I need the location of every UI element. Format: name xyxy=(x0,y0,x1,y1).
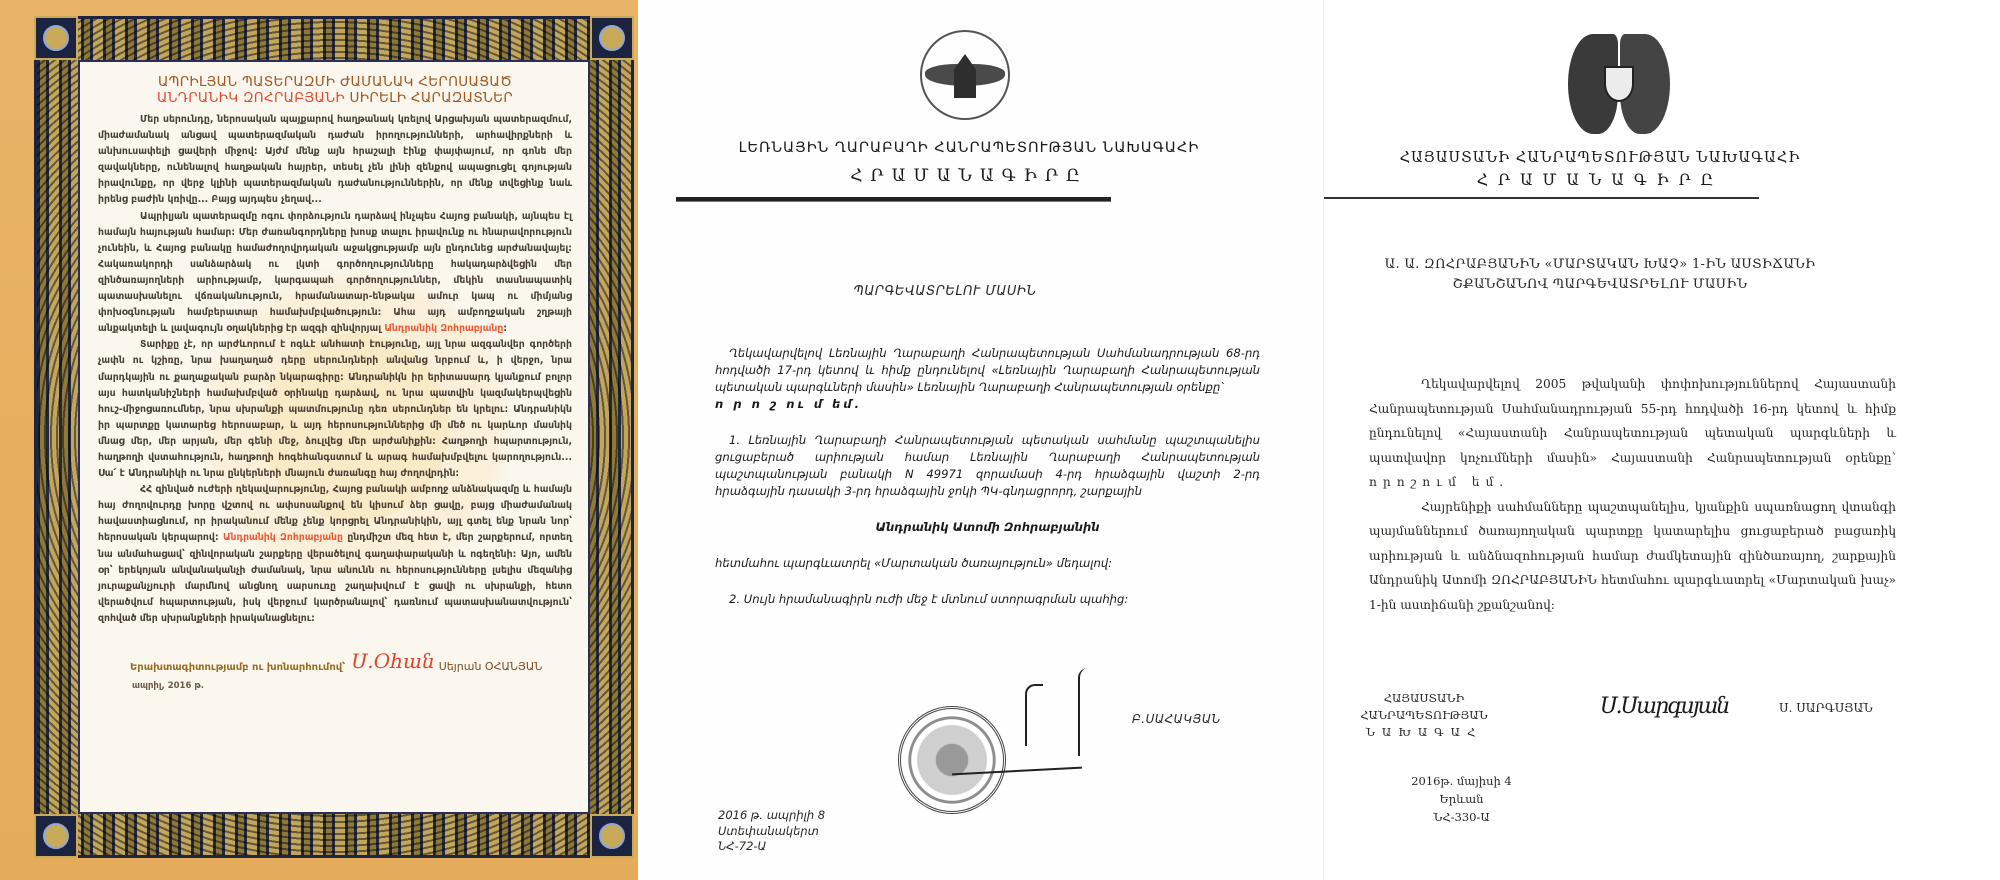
decree-header: ՀԱՅԱՍՏԱՆԻ ՀԱՆՐԱՊԵՏՈՒԹՅԱՆ ՆԱԽԱԳԱՀԻ xyxy=(1262,150,1938,166)
corner-emblem-icon xyxy=(34,16,78,60)
paragraph-1: Մեր սերունդը, ներոսական պայքարով հաղթանա… xyxy=(98,112,572,209)
corner-emblem-icon xyxy=(590,16,634,60)
header-divider xyxy=(676,197,1111,202)
decree-subject: ՊԱՐԳԵՎԱՏՐԵԼՈՒ ՄԱՍԻՆ xyxy=(640,284,1250,299)
decision-phrase: որոշում եմ. xyxy=(1369,475,1509,489)
preamble: Ղեկավարվելով 2005 թվականի փոփոխություննե… xyxy=(1369,372,1896,495)
letter-title-line2: ԱՆԴՐԱՆԻԿ ԶՈՀՐԱԲՅԱՆԻ ՍԻՐԵԼԻ ՀԱՐԱԶԱՏՆԵՐ xyxy=(98,90,572,106)
letter-title-line1: ԱՊՐԻԼՅԱՆ ՊԱՏԵՐԱԶՄԻ ԺԱՄԱՆԱԿ ՀԵՐՈՍԱՑԱԾ xyxy=(98,74,572,90)
subject-line-1: Ա. Ա. ԶՈՀՐԱԲՅԱՆԻՆ «ՄԱՐՏԱԿԱՆ ԽԱՉ» 1-ԻՆ ԱՍ… xyxy=(1324,255,1876,275)
decree-number: ՆՀ-72-Ա xyxy=(718,839,825,855)
signer-name: Բ.ՍԱՀԱԿՅԱՆ xyxy=(1132,712,1221,726)
decree-body: Ղեկավարվելով Լեռնային Ղարաբաղի Հանրապետո… xyxy=(715,345,1260,608)
signature-stroke xyxy=(1025,684,1043,746)
paragraph-4: ՀՀ զինված ուժերի ղեկավարությունը, Հայոց … xyxy=(98,482,572,627)
hero-name-highlight: Անդրանիկ Զոհրաբյանը xyxy=(384,323,503,334)
preamble: Ղեկավարվելով Լեռնային Ղարաբաղի Հանրապետո… xyxy=(715,345,1260,396)
signer-name: Սեյրան ՕՀԱՆՅԱՆ xyxy=(439,660,543,673)
decree-number: ՆՀ-330-Ա xyxy=(1324,808,1599,826)
hero-name: ԱՆԴՐԱՆԻԿ ԶՈՀՐԱԲՅԱՆԻ xyxy=(157,90,345,106)
signature: Ս.Սարգսյան xyxy=(1600,694,1728,719)
decree-date: 2016 թ. ապրիլի 8 xyxy=(718,808,825,824)
nkr-presidential-decree: ԼԵՌՆԱՅԻՆ ՂԱՐԱԲԱՂԻ ՀԱՆՐԱՊԵՏՈՒԹՅԱՆ ՆԱԽԱԳԱՀ… xyxy=(640,0,1322,880)
certificate-letter: ԱՊՐԻԼՅԱՆ ՊԱՏԵՐԱԶՄԻ ԺԱՄԱՆԱԿ ՀԵՐՈՍԱՑԱԾ ԱՆԴ… xyxy=(0,0,638,880)
signature: Ս.Օհան xyxy=(351,649,434,673)
decree-place: Ստեփանակերտ xyxy=(718,824,825,840)
decree-title: ՀՐԱՄԱՆԱԳԻՐԸ xyxy=(1262,171,1938,189)
item-1: 1. Լեռնային Ղարաբաղի Հանրապետության պետա… xyxy=(715,432,1260,500)
decision-phrase: ո ր ո շ ու մ եմ. xyxy=(715,396,1260,413)
closing-phrase: Երախտագիտությամբ ու խոնարհումով՝ xyxy=(130,662,345,673)
paragraph-2-text: Ապրիլյան պատերազմը ոգու փորձություն դարձ… xyxy=(98,211,572,335)
decree-date: 2016թ. մայիսի 4 xyxy=(1324,772,1599,790)
nkr-coat-of-arms-icon xyxy=(920,30,1010,120)
subject-line-2: ՇՔԱՆՇԱՆՈՎ ՊԱՐԳԵՎԱՏՐԵԼՈՒ ՄԱՍԻՆ xyxy=(1324,275,1876,295)
award-line: հետմահու պարգևատրել «Մարտական ծառայությո… xyxy=(715,555,1260,572)
decree-subject: Ա. Ա. ԶՈՀՐԱԲՅԱՆԻՆ «ՄԱՐՏԱԿԱՆ ԽԱՉ» 1-ԻՆ ԱՍ… xyxy=(1324,255,1876,295)
awardee-name: Անդրանիկ Ատոմի Զոհրաբյանին xyxy=(715,519,1260,536)
official-seal-icon xyxy=(898,706,1006,814)
decree-footer: 2016թ. մայիսի 4 Երևան ՆՀ-330-Ա xyxy=(1324,772,1599,826)
title-rest: ՍԻՐԵԼԻ ՀԱՐԱԶԱՏՆԵՐ xyxy=(345,90,513,106)
paragraph-2-end: : xyxy=(503,323,507,334)
preamble-text: Ղեկավարվելով 2005 թվականի փոփոխություննե… xyxy=(1369,377,1896,465)
hero-name-highlight: Անդրանիկ Զոհրաբյանը xyxy=(223,532,343,543)
signature-stroke xyxy=(1078,668,1090,756)
header-divider xyxy=(1324,197,1759,199)
award-paragraph: Հայրենիքի սահմանները պաշտպանելիս, կյանքի… xyxy=(1369,495,1896,618)
armenia-presidential-decree: ՀԱՅԱՍՏԱՆԻ ՀԱՆՐԱՊԵՏՈՒԹՅԱՆ ՆԱԽԱԳԱՀԻ ՀՐԱՄԱՆ… xyxy=(1323,0,2000,880)
paragraph-2: Ապրիլյան պատերազմը ոգու փորձություն դարձ… xyxy=(98,209,572,338)
decree-header: ԼԵՌՆԱՅԻՆ ՂԱՐԱԲԱՂԻ ՀԱՆՐԱՊԵՏՈՒԹՅԱՆ ՆԱԽԱԳԱՀ… xyxy=(628,140,1310,156)
decree-footer: 2016 թ. ապրիլի 8 Ստեփանակերտ ՆՀ-72-Ա xyxy=(718,808,825,855)
armenia-coat-of-arms-icon xyxy=(1564,30,1674,140)
paragraph-3: Տարիքը չէ, որ արժևորում է ոգևէ անհատի էո… xyxy=(98,337,572,482)
paragraph-4-end: ընդմիշտ մեզ հետ է, մեր շարքերում, որտեղ … xyxy=(98,532,572,623)
president-title: ՀԱՅԱՍՏԱՆԻ ՀԱՆՐԱՊԵՏՈՒԹՅԱՆ ՆԱԽԱԳԱՀ xyxy=(1324,690,1524,741)
president-title-line-1: ՀԱՅԱՍՏԱՆԻ ՀԱՆՐԱՊԵՏՈՒԹՅԱՆ xyxy=(1324,690,1524,724)
corner-emblem-icon xyxy=(590,814,634,858)
item-2: 2. Սույն հրամանագիրն ուժի մեջ է մտնում ս… xyxy=(715,591,1260,608)
decree-body: Ղեկավարվելով 2005 թվականի փոփոխություննե… xyxy=(1369,372,1896,617)
president-title-line-2: ՆԱԽԱԳԱՀ xyxy=(1324,724,1524,741)
certificate-paper: ԱՊՐԻԼՅԱՆ ՊԱՏԵՐԱԶՄԻ ԺԱՄԱՆԱԿ ՀԵՐՈՍԱՑԱԾ ԱՆԴ… xyxy=(78,60,590,814)
signature-block: Երախտագիտությամբ ու խոնարհումով՝ Ս.Օհան … xyxy=(98,649,572,673)
signer-name: Ս. ՍԱՐԳՍՅԱՆ xyxy=(1779,701,1873,715)
letter-date: ապրիլ, 2016 թ. xyxy=(132,681,572,691)
decree-place: Երևան xyxy=(1324,790,1599,808)
corner-emblem-icon xyxy=(34,814,78,858)
decree-title: ՀՐԱՄԱՆԱԳԻՐԸ xyxy=(628,166,1310,186)
